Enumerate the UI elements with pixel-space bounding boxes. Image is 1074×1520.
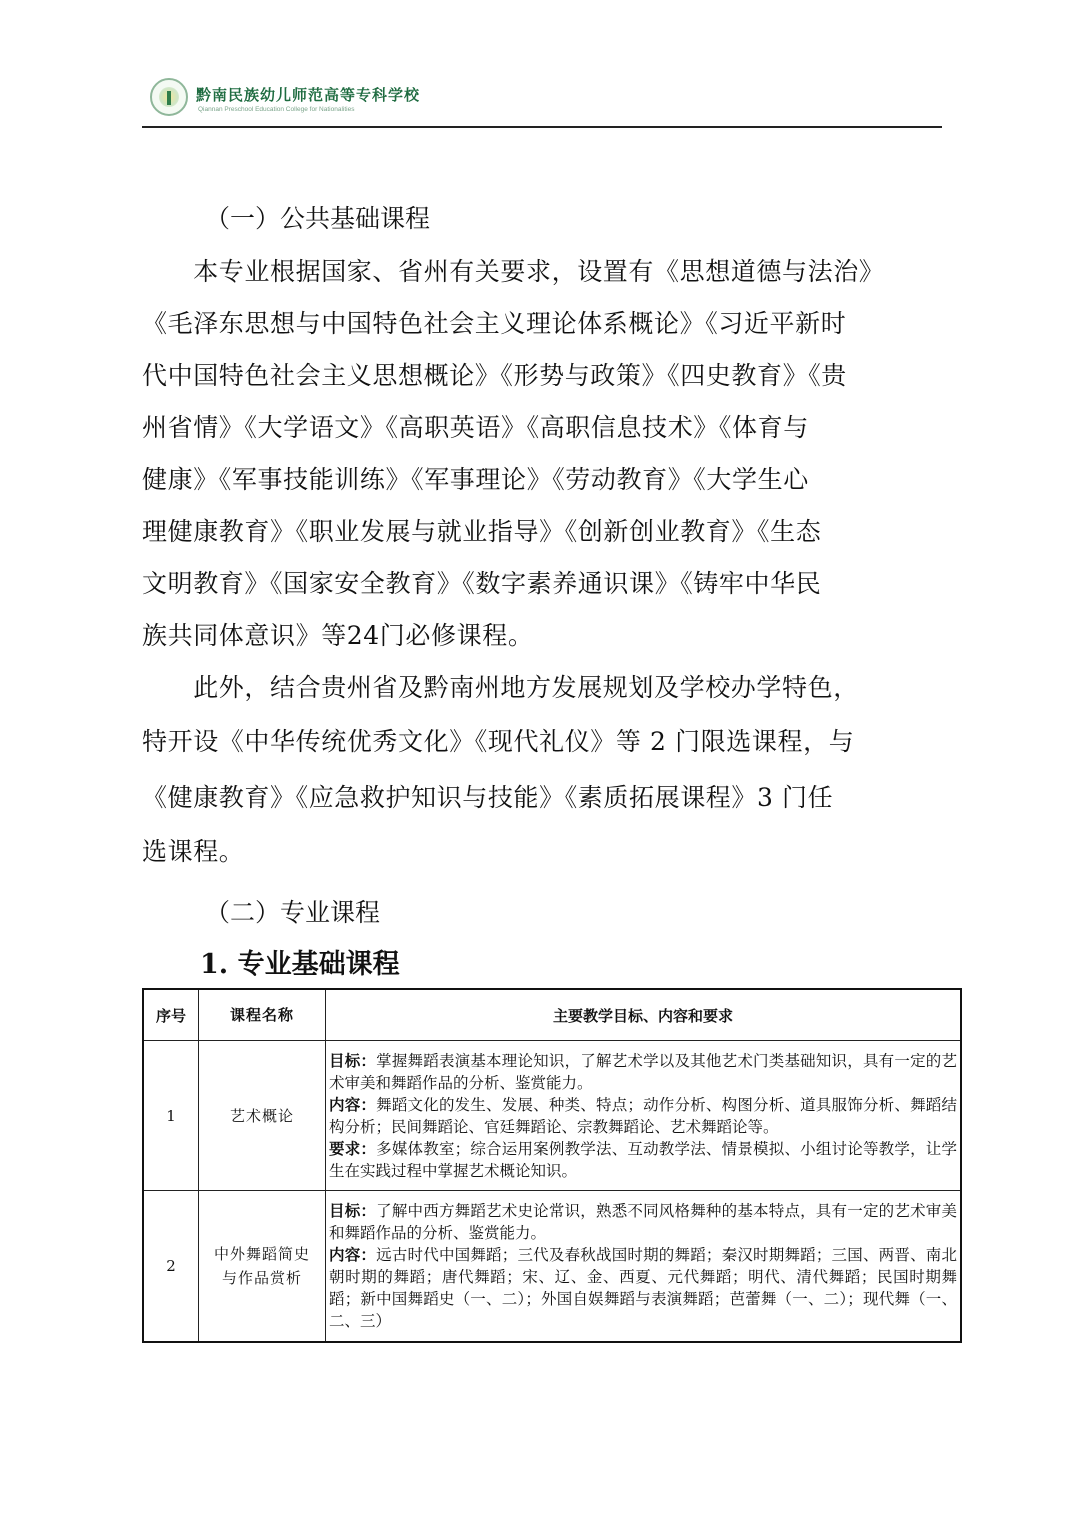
header-divider xyxy=(142,126,942,128)
cell-description: 目标：了解中西方舞蹈艺术史论常识，熟悉不同风格舞种的基本特点，具有一定的艺术审美… xyxy=(326,1191,962,1343)
cell-no: 2 xyxy=(143,1191,199,1343)
text-line: 此外，结合贵州省及黔南州地方发展规划及学校办学特色， xyxy=(142,662,942,714)
tree-icon xyxy=(167,91,171,105)
cell-no: 1 xyxy=(143,1041,199,1191)
table-header-row: 序号 课程名称 主要教学目标、内容和要求 xyxy=(143,989,961,1041)
text-line: 理健康教育》《职业发展与就业指导》《创新创业教育》《生态 xyxy=(142,506,942,558)
requirement-text: 多媒体教室；综合运用案例教学法、互动教学法、情景模拟、小组讨论等教学，让学生在实… xyxy=(329,1140,957,1180)
text-line: 文明教育》《国家安全教育》《数字素养通识课》《铸牢中华民 xyxy=(142,558,942,610)
course-table: 序号 课程名称 主要教学目标、内容和要求 1 艺术概论 目标：掌握舞蹈表演基本理… xyxy=(142,988,962,1343)
cell-description: 目标：掌握舞蹈表演基本理论知识，了解艺术学以及其他艺术门类基础知识，具有一定的艺… xyxy=(326,1041,962,1191)
section-heading-professional-courses: （二）专业课程 xyxy=(205,893,380,933)
text-line: 《毛泽东思想与中国特色社会主义理论体系概论》《习近平新时 xyxy=(142,298,942,350)
content-label: 内容： xyxy=(329,1096,376,1114)
page-header: 黔南民族幼儿师范高等专科学校 Qiannan Preschool Educati… xyxy=(142,74,942,126)
text-line: 本专业根据国家、省州有关要求，设置有《思想道德与法治》 xyxy=(142,246,942,298)
content-text: 远古时代中国舞蹈；三代及春秋战国时期的舞蹈；秦汉时期舞蹈；三国、两晋、南北朝时期… xyxy=(329,1246,957,1330)
cell-course-name: 中外舞蹈简史 与作品赏析 xyxy=(199,1191,326,1343)
subheading-basic-courses: 1. 专业基础课程 xyxy=(200,945,400,985)
table-row: 1 艺术概论 目标：掌握舞蹈表演基本理论知识，了解艺术学以及其他艺术门类基础知识… xyxy=(143,1041,961,1191)
text-line: 代中国特色社会主义思想概论》《形势与政策》《四史教育》《贵 xyxy=(142,350,942,402)
text-line: 族共同体意识》等24门必修课程。 xyxy=(142,610,942,662)
text-line: 健康》《军事技能训练》《军事理论》《劳动教育》《大学生心 xyxy=(142,454,942,506)
text-line: 特开设《中华传统优秀文化》《现代礼仪》等 2 门限选课程，与 xyxy=(142,716,942,768)
content-text: 舞蹈文化的发生、发展、种类、特点；动作分析、构图分析、道具服饰分析、舞蹈结构分析… xyxy=(329,1096,957,1136)
section-heading-public-courses: （一）公共基础课程 xyxy=(205,199,430,239)
goal-label: 目标： xyxy=(329,1202,376,1220)
goal-text: 了解中西方舞蹈艺术史论常识，熟悉不同风格舞种的基本特点，具有一定的艺术审美和舞蹈… xyxy=(329,1202,957,1242)
course-name-line: 中外舞蹈简史 xyxy=(200,1242,324,1266)
school-emblem-icon xyxy=(150,78,188,116)
school-name-cn: 黔南民族幼儿师范高等专科学校 xyxy=(196,84,420,105)
goal-text: 掌握舞蹈表演基本理论知识，了解艺术学以及其他艺术门类基础知识，具有一定的艺术审美… xyxy=(329,1052,957,1092)
requirement-label: 要求： xyxy=(329,1140,376,1158)
col-header-desc: 主要教学目标、内容和要求 xyxy=(326,989,962,1041)
text-line: 选课程。 xyxy=(142,826,942,878)
table-row: 2 中外舞蹈简史 与作品赏析 目标：了解中西方舞蹈艺术史论常识，熟悉不同风格舞种… xyxy=(143,1191,961,1343)
content-label: 内容： xyxy=(329,1246,376,1264)
course-name-line: 与作品赏析 xyxy=(200,1266,324,1290)
text-line: 州省情》《大学语文》《高职英语》《高职信息技术》《体育与 xyxy=(142,402,942,454)
text-line: 《健康教育》《应急救护知识与技能》《素质拓展课程》3 门任 xyxy=(142,772,942,824)
goal-label: 目标： xyxy=(329,1052,376,1070)
col-header-no: 序号 xyxy=(143,989,199,1041)
col-header-name: 课程名称 xyxy=(199,989,326,1041)
school-name-en: Qiannan Preschool Education College for … xyxy=(198,106,354,113)
cell-course-name: 艺术概论 xyxy=(199,1041,326,1191)
